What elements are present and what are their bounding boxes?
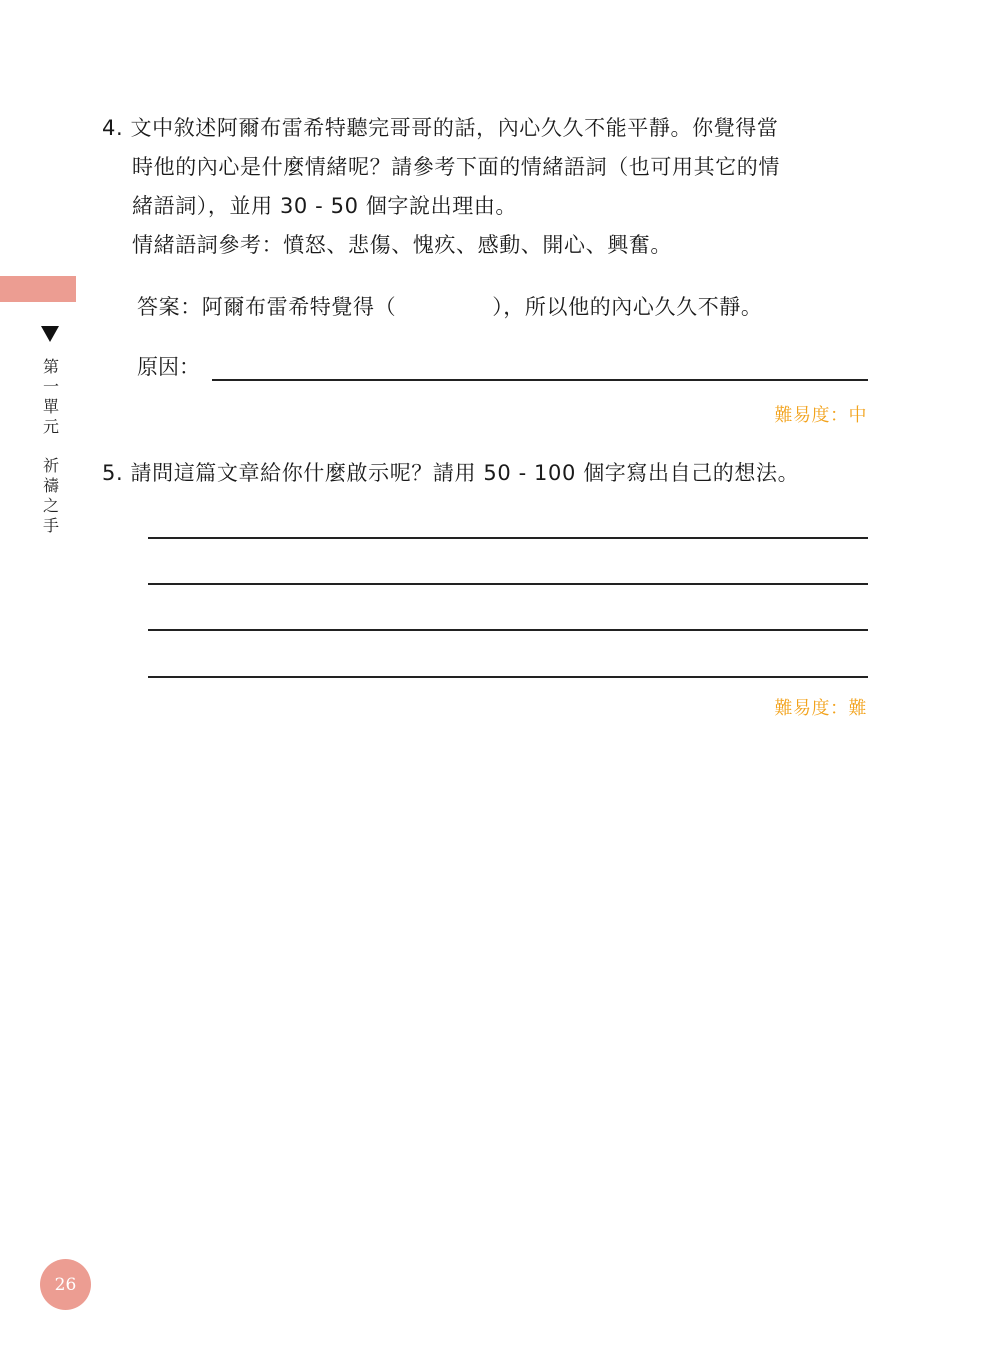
title-char: 禱 xyxy=(40,476,62,496)
chapter-char: 一 xyxy=(40,377,62,397)
answer-line-2[interactable] xyxy=(148,583,868,585)
chapter-char: 單 xyxy=(40,397,62,417)
triangle-down-icon xyxy=(41,326,59,342)
question-4-line-2: 時他的內心是什麼情緒呢？請參考下面的情緒語詞（也可用其它的情 xyxy=(102,148,780,187)
answer-line-3[interactable] xyxy=(148,629,868,631)
title-char: 祈 xyxy=(40,456,62,476)
question-4-line-3: 緒語詞），並用 30 - 50 個字說出理由。 xyxy=(102,187,780,226)
difficulty-label-q5: 難易度：難 xyxy=(775,694,868,720)
chapter-marker-tab xyxy=(0,276,76,302)
chapter-char: 元 xyxy=(40,417,62,437)
answer-line-1[interactable] xyxy=(148,537,868,539)
chapter-char: 第 xyxy=(40,357,62,377)
question-4: 4. 文中敘述阿爾布雷希特聽完哥哥的話，內心久久不能平靜。你覺得當 時他的內心是… xyxy=(102,109,780,265)
answer-sentence: 答案：阿爾布雷希特覺得（），所以他的內心久久不靜。 xyxy=(137,288,763,327)
question-4-line-4: 情緒語詞參考：憤怒、悲傷、愧疚、感動、開心、興奮。 xyxy=(102,226,780,265)
question-4-line-1: 4. 文中敘述阿爾布雷希特聽完哥哥的話，內心久久不能平靜。你覺得當 xyxy=(102,116,779,140)
page-number-badge: 26 xyxy=(40,1259,91,1310)
answer-prefix: 答案：阿爾布雷希特覺得（ xyxy=(137,295,396,319)
chapter-title-vertical: 第 一 單 元 祈 禱 之 手 xyxy=(40,357,62,536)
reason-label: 原因： xyxy=(137,348,200,387)
difficulty-label-q4: 難易度：中 xyxy=(775,401,868,427)
title-char: 手 xyxy=(40,516,62,536)
question-5: 5. 請問這篇文章給你什麼啟示呢？請用 50 - 100 個字寫出自己的想法。 xyxy=(102,454,799,493)
title-char: 之 xyxy=(40,496,62,516)
answer-suffix: ），所以他的內心久久不靜。 xyxy=(492,295,762,319)
reason-answer-line[interactable] xyxy=(212,379,868,381)
answer-line-4[interactable] xyxy=(148,676,868,678)
